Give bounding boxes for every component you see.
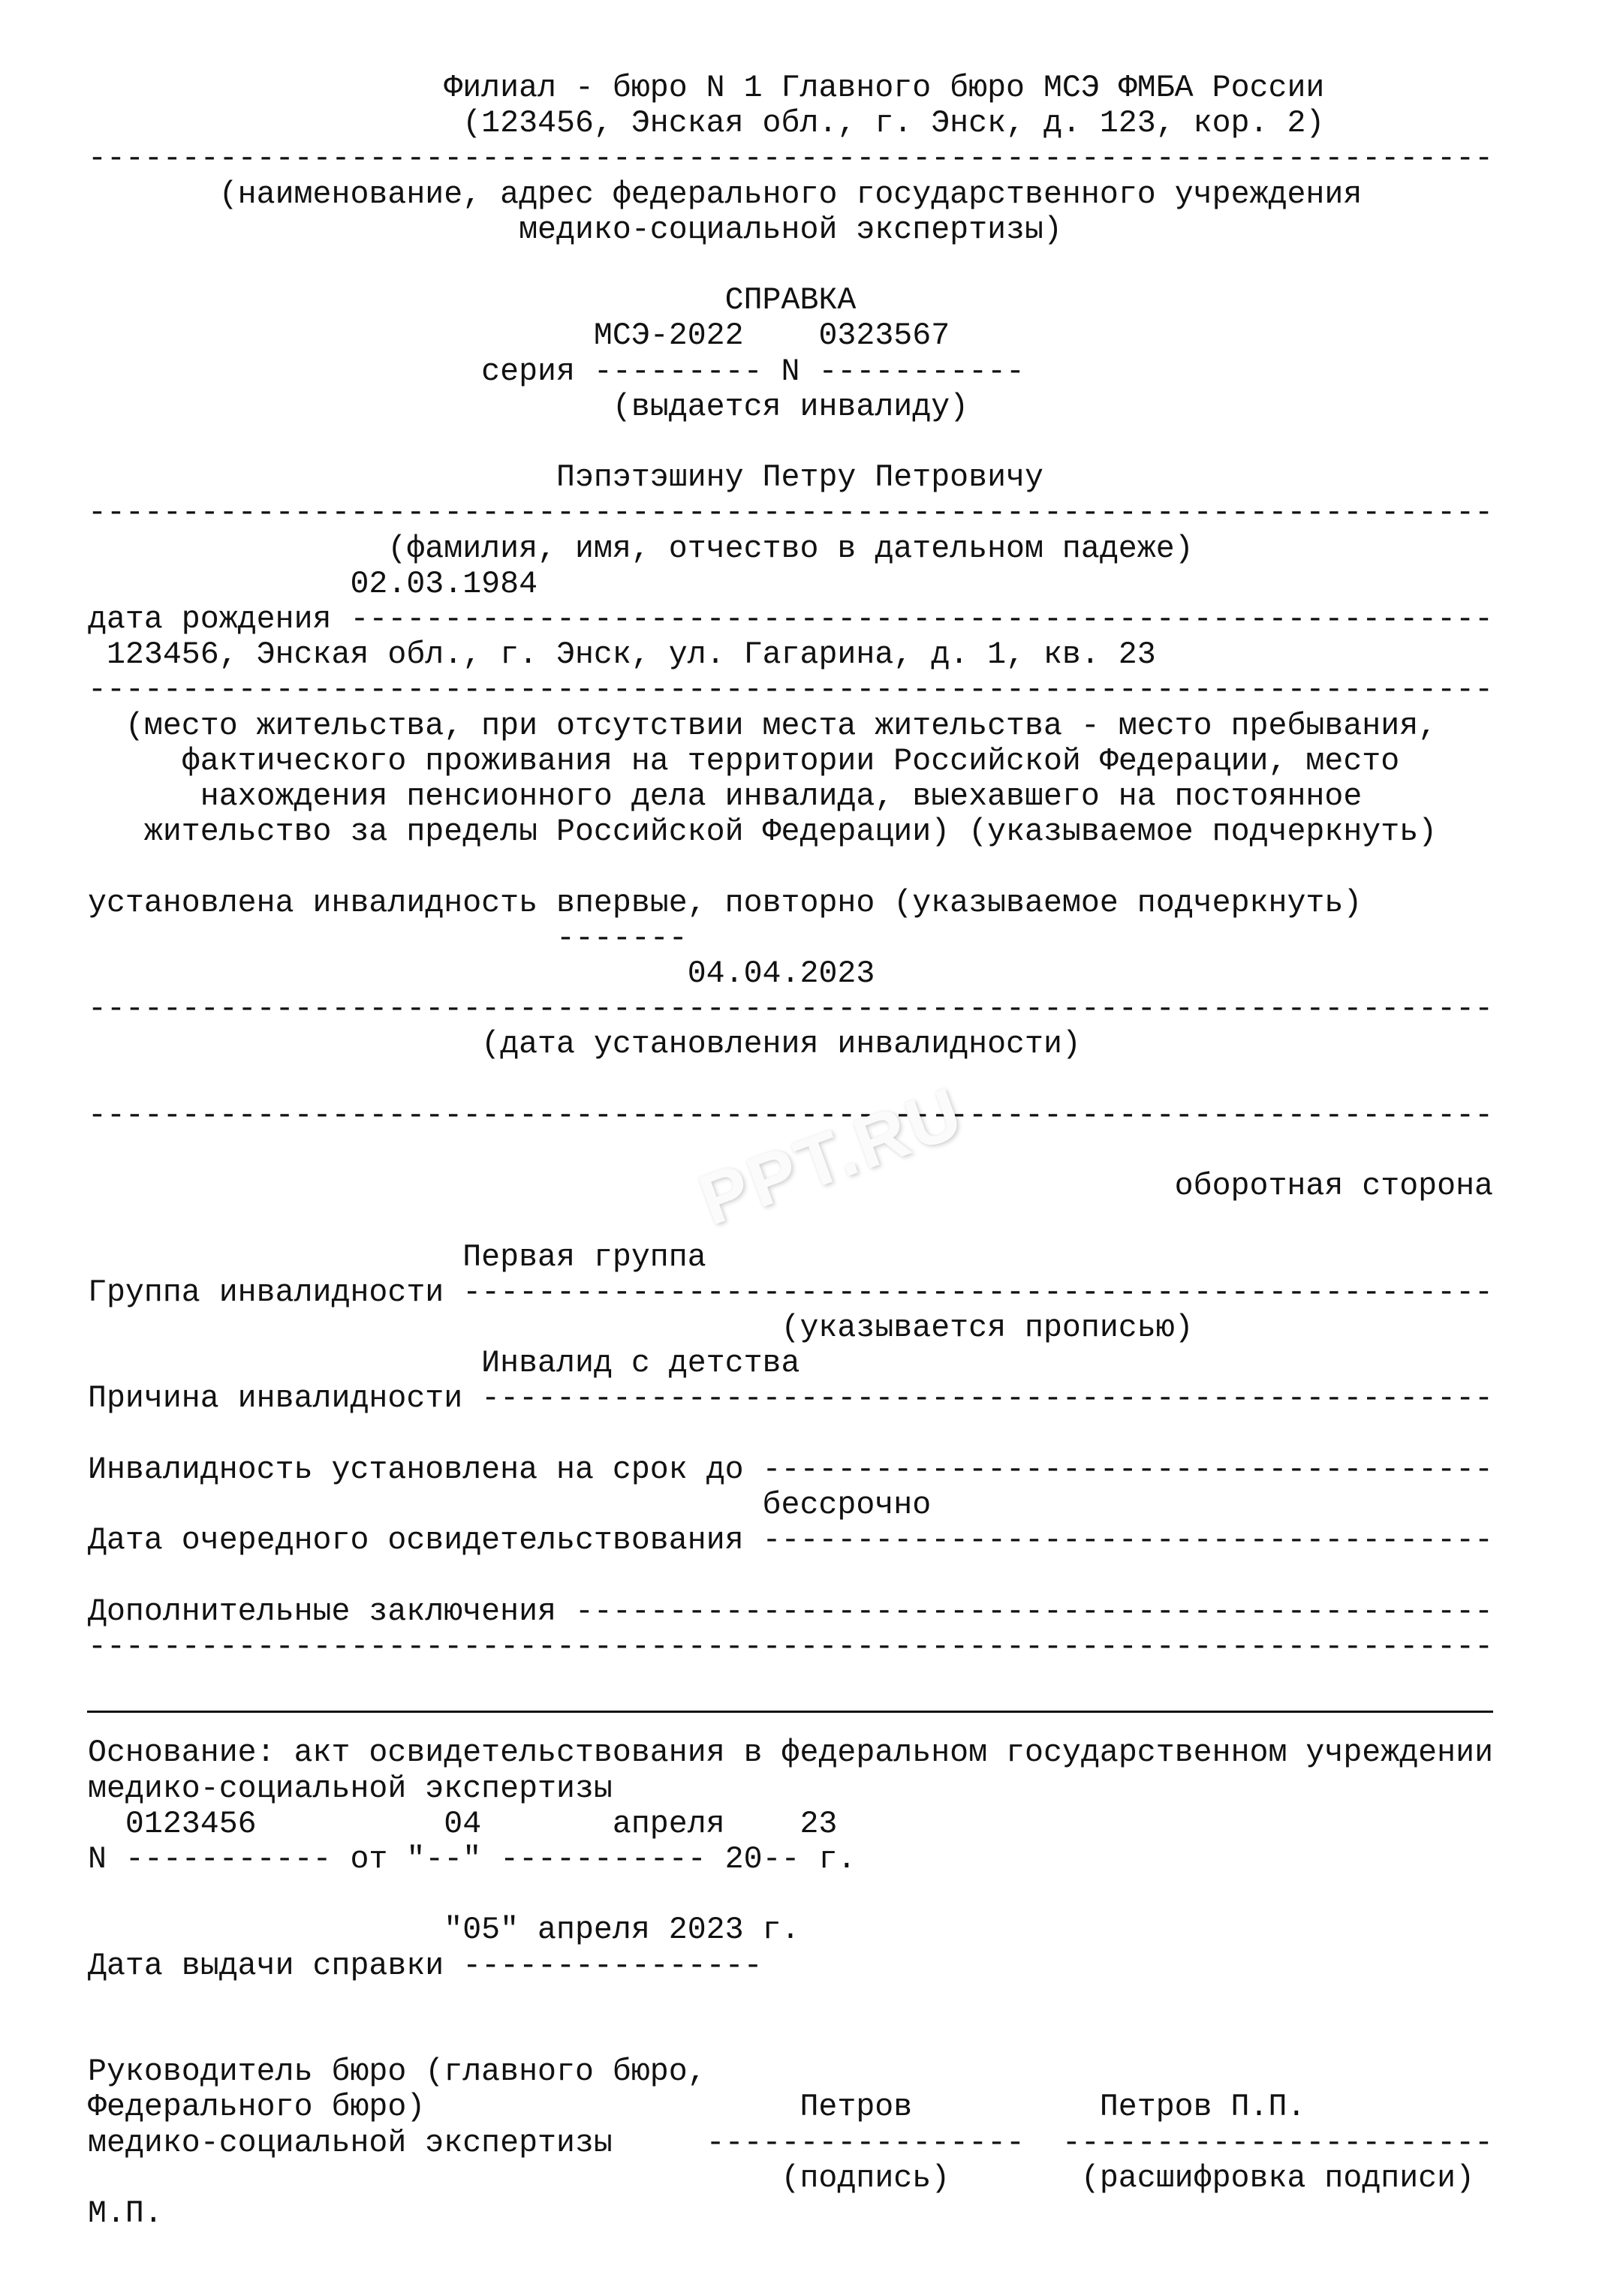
row-established-underline: ------- xyxy=(0,921,1611,956)
issue-date-label: Дата выдачи справки xyxy=(88,1948,444,1984)
row-basis-2: медико-социальной экспертизы xyxy=(0,1771,1611,1807)
row-dashes: ----------------------------------------… xyxy=(0,141,1611,176)
dashed-line: ----------------------------------------… xyxy=(575,1594,1493,1629)
row-date-established: 04.04.2023 xyxy=(0,956,1611,992)
birth-date-label: дата рождения xyxy=(88,602,331,637)
dashed-line: ----------------------------------------… xyxy=(88,673,1493,708)
dashed-line: ----------------------------------------… xyxy=(462,1275,1493,1310)
dashed-line: ----------------------------------------… xyxy=(88,992,1493,1027)
number-label: N xyxy=(781,354,800,390)
row-series-labels: серия --------- N ----------- xyxy=(0,354,1611,390)
row-institution-2: (123456, Энская обл., г. Энск, д. 123, к… xyxy=(0,106,1611,141)
institution-caption: (наименование, адрес федерального госуда… xyxy=(219,177,1363,212)
address-caption: (место жительства, при отсутствии места … xyxy=(125,709,1437,744)
row-cause-value: Инвалид с детства xyxy=(0,1346,1611,1381)
issued-to-caption: (выдается инвалиду) xyxy=(613,390,968,425)
reverse-side-label: оборотная сторона xyxy=(1175,1169,1493,1204)
row-full-name: Пэпэтэшину Петру Петровичу xyxy=(0,460,1611,495)
date-established-caption: (дата установления инвалидности) xyxy=(481,1027,1081,1062)
address-caption: нахождения пенсионного дела инвалида, вы… xyxy=(200,779,1363,814)
signature-dashes: ----------------- xyxy=(706,2126,1025,2161)
name-caption: (фамилия, имя, отчество в дательном паде… xyxy=(387,531,1193,567)
row-head-3: медико-социальной экспертизы -----------… xyxy=(0,2126,1611,2161)
series-value: МСЭ-2022 xyxy=(594,318,744,354)
dashed-line: ----------------------------------------… xyxy=(350,602,1493,637)
group-label: Группа инвалидности xyxy=(88,1275,444,1310)
row-term-label: Инвалидность установлена на срок до ----… xyxy=(0,1452,1611,1488)
row-basis-1: Основание: акт освидетельствования в фед… xyxy=(0,1735,1611,1771)
row-address-caption-3: нахождения пенсионного дела инвалида, вы… xyxy=(0,779,1611,814)
dashed-line: ----------------------------------------… xyxy=(88,141,1493,176)
row-additional-label: Дополнительные заключения --------------… xyxy=(0,1594,1611,1629)
series-label: серия xyxy=(481,354,575,390)
row-act-values: 0123456 04 апреля 23 xyxy=(0,1807,1611,1842)
act-month-value: апреля xyxy=(613,1807,725,1842)
cause-label: Причина инвалидности xyxy=(88,1381,462,1416)
row-date-caption: (дата установления инвалидности) xyxy=(0,1027,1611,1062)
date-established-value: 04.04.2023 xyxy=(688,956,875,992)
head-title-cont: Федерального бюро) xyxy=(88,2090,425,2125)
dashed-line: ----------------------------------------… xyxy=(88,495,1493,531)
row-name-caption: (фамилия, имя, отчество в дательном паде… xyxy=(0,531,1611,567)
row-next-exam-value: бессрочно xyxy=(0,1488,1611,1523)
next-exam-value: бессрочно xyxy=(763,1488,932,1523)
row-cause-label: Причина инвалидности -------------------… xyxy=(0,1381,1611,1416)
institution-caption-cont: медико-социальной экспертизы) xyxy=(519,212,1062,248)
row-head-2: Федерального бюро) Петров Петров П.П. xyxy=(0,2090,1611,2125)
cause-value: Инвалид с детства xyxy=(481,1346,799,1381)
row-group-label: Группа инвалидности --------------------… xyxy=(0,1275,1611,1310)
row-birth-date-value: 02.03.1984 xyxy=(0,567,1611,602)
address-caption: фактического проживания на территории Ро… xyxy=(182,744,1399,779)
row-address-caption-2: фактического проживания на территории Ро… xyxy=(0,744,1611,779)
issue-date-value: "05" апреля 2023 г. xyxy=(444,1912,799,1948)
dashed-line: --------------------------------------- xyxy=(763,1523,1493,1558)
row-act-template: N ----------- от "--" ----------- 20-- г… xyxy=(0,1842,1611,1877)
row-head-1: Руководитель бюро (главного бюро, xyxy=(0,2054,1611,2090)
full-name: Пэпэтэшину Петру Петровичу xyxy=(556,460,1043,495)
act-year-value: 23 xyxy=(799,1807,837,1842)
row-reverse-side: оборотная сторона xyxy=(0,1169,1611,1204)
established-text: установлена инвалидность впервые, повтор… xyxy=(88,886,1362,921)
row-dashes: ----------------------------------------… xyxy=(0,992,1611,1027)
row-address: 123456, Энская обл., г. Энск, ул. Гагари… xyxy=(0,637,1611,673)
act-day-value: 04 xyxy=(444,1807,481,1842)
head-title-cont: медико-социальной экспертизы xyxy=(88,2126,613,2161)
row-address-caption-4: жительство за пределы Российской Федерац… xyxy=(0,814,1611,850)
address-caption: жительство за пределы Российской Федерац… xyxy=(144,814,1437,850)
row-institution-caption-1: (наименование, адрес федерального госуда… xyxy=(0,177,1611,212)
signature-value: Петров xyxy=(799,2090,912,2125)
watermark: PPT.RU xyxy=(688,1071,974,1242)
signature-caption: (подпись) xyxy=(781,2161,950,2196)
dashed-line: ----------------------------------------… xyxy=(88,1098,1493,1133)
row-dashes: ----------------------------------------… xyxy=(0,673,1611,708)
institution-name: Филиал - бюро N 1 Главного бюро МСЭ ФМБА… xyxy=(444,71,1324,106)
row-institution-caption-2: медико-социальной экспертизы) xyxy=(0,212,1611,248)
row-next-exam-label: Дата очередного освидетельствования ----… xyxy=(0,1523,1611,1558)
decoded-dashes: ----------------------- xyxy=(1062,2126,1493,2161)
solid-divider xyxy=(87,1711,1493,1713)
row-dashes: ----------------------------------------… xyxy=(0,495,1611,531)
dashed-line: ---------------- xyxy=(462,1948,762,1984)
additional-label: Дополнительные заключения xyxy=(88,1594,556,1629)
institution-address: (123456, Энская обл., г. Энск, д. 123, к… xyxy=(462,106,1324,141)
document-title: СПРАВКА xyxy=(725,283,857,318)
decoded-caption: (расшифровка подписи) xyxy=(1081,2161,1474,2196)
number-dashes: ----------- xyxy=(818,354,1025,390)
group-caption: (указывается прописью) xyxy=(781,1310,1194,1346)
row-series-values: МСЭ-2022 0323567 xyxy=(0,318,1611,354)
row-established: установлена инвалидность впервые, повтор… xyxy=(0,886,1611,921)
signature-decoded-value: Петров П.П. xyxy=(1100,2090,1306,2125)
first-time-underline: ------- xyxy=(556,921,688,956)
row-issue-date-label: Дата выдачи справки ---------------- xyxy=(0,1948,1611,1984)
row-institution-1: Филиал - бюро N 1 Главного бюро МСЭ ФМБА… xyxy=(0,71,1611,106)
row-group-caption: (указывается прописью) xyxy=(0,1310,1611,1346)
row-title: СПРАВКА xyxy=(0,283,1611,318)
head-title: Руководитель бюро (главного бюро, xyxy=(88,2054,706,2090)
birth-date-value: 02.03.1984 xyxy=(350,567,538,602)
row-issued-caption: (выдается инвалиду) xyxy=(0,390,1611,425)
act-template-line: N ----------- от "--" ----------- 20-- г… xyxy=(88,1842,856,1877)
dashed-line: --------------------------------------- xyxy=(763,1452,1493,1488)
group-value: Первая группа xyxy=(462,1240,706,1275)
next-exam-label: Дата очередного освидетельствования xyxy=(88,1523,744,1558)
row-birth-date-label: дата рождения --------------------------… xyxy=(0,602,1611,637)
row-signature-captions: (подпись) (расшифровка подписи) xyxy=(0,2161,1611,2196)
row-issue-date-value: "05" апреля 2023 г. xyxy=(0,1912,1611,1948)
dashed-line: ----------------------------------------… xyxy=(481,1381,1493,1416)
address-value: 123456, Энская обл., г. Энск, ул. Гагари… xyxy=(107,637,1156,673)
series-dashes: --------- xyxy=(594,354,763,390)
basis-text-cont: медико-социальной экспертизы xyxy=(88,1771,613,1807)
row-address-caption-1: (место жительства, при отсутствии места … xyxy=(0,709,1611,744)
term-label: Инвалидность установлена на срок до xyxy=(88,1452,744,1488)
stamp-label: М.П. xyxy=(88,2196,163,2231)
row-group-value: Первая группа xyxy=(0,1240,1611,1275)
row-dashes: ----------------------------------------… xyxy=(0,1629,1611,1665)
certificate-page: Филиал - бюро N 1 Главного бюро МСЭ ФМБА… xyxy=(0,0,1611,2296)
row-dashes: ----------------------------------------… xyxy=(0,1098,1611,1133)
number-value: 0323567 xyxy=(818,318,950,354)
act-number-value: 0123456 xyxy=(125,1807,257,1842)
dashed-line: ----------------------------------------… xyxy=(88,1629,1493,1665)
row-stamp: М.П. xyxy=(0,2196,1611,2231)
basis-text: Основание: акт освидетельствования в фед… xyxy=(88,1735,1493,1771)
